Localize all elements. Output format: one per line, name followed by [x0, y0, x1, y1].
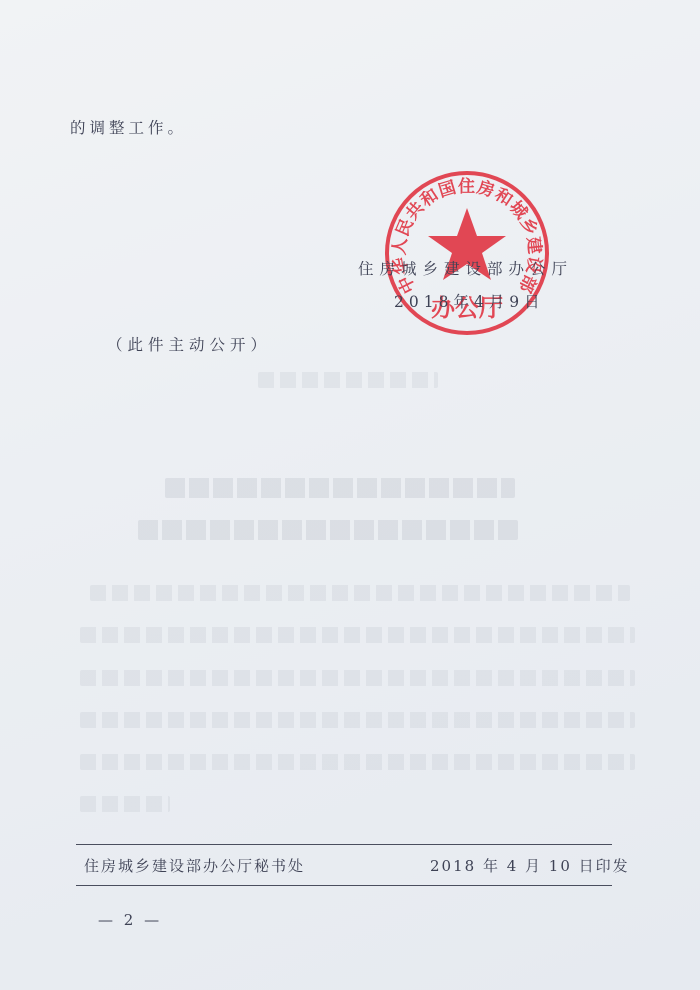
official-seal: 中华人民共和国住房和城乡建设部 办公厅: [382, 168, 552, 338]
footer-rule-bottom: [76, 885, 612, 886]
signature-date: 2018年4月9日: [394, 290, 545, 312]
footer-issue-date: 2018 年 4 月 10 日印发: [430, 855, 630, 876]
footer-issuer: 住房城乡建设部办公厅秘书处: [84, 855, 305, 876]
page-number: — 2 —: [98, 911, 162, 929]
closing-line: 的调整工作。: [70, 116, 187, 138]
footer-rule-top: [76, 844, 612, 845]
disclosure-note: （此件主动公开）: [107, 333, 271, 355]
signature-organization: 住房城乡建设部办公厅: [358, 257, 573, 279]
